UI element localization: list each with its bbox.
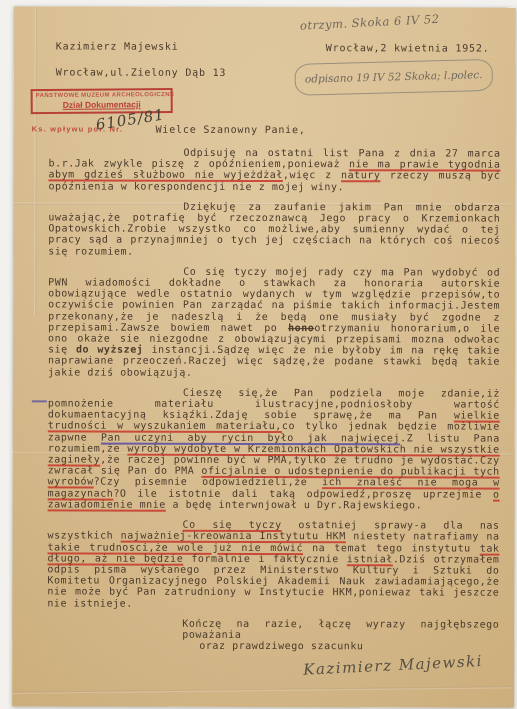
stamp-institution-line: PAŃSTWOWE MUZEUM ARCHEOLOGICZNE (36, 92, 168, 99)
sender-name: Kazimierz Majewski (56, 41, 179, 52)
letter-paper-sheet: otrzym. Skoka 6 IV 52 Kazimierz Majewski… (12, 6, 516, 707)
signature-handwritten: Kazimierz Majewski (303, 656, 483, 676)
fold-crease-bottom (12, 686, 514, 694)
blue-margin-mark (32, 400, 47, 402)
sender-block: Kazimierz Majewski Wrocław,ul.Zielony Dą… (56, 40, 227, 79)
letter-paragraph: Co się tyczy mojej rady czy ma Pan wydob… (48, 266, 500, 379)
received-pencil-note: otrzym. Skoka 6 IV 52 (300, 12, 440, 33)
sender-address: Wrocław,ul.Zielony Dąb 13 (56, 67, 227, 78)
dateline: Wrocław,2 kwietnia 1952. (326, 43, 490, 54)
scanned-letter-page: otrzym. Skoka 6 IV 52 Kazimierz Majewski… (0, 0, 517, 709)
letter-paragraph: Odpisuję na ostatni list Pana z dnia 27 … (48, 147, 500, 193)
replied-note-text: odpisano 19 IV 52 Skoka; l.polec. (305, 69, 483, 85)
letter-paragraph: Co się tyczy ostatniej sprawy-a dla nas … (47, 520, 499, 611)
salutation: Wielce Szanowny Panie, (156, 125, 306, 136)
letter-paragraph: Cieszę się,że Pan podziela moje zdanie,i… (48, 387, 500, 511)
letter-paragraph: Dziękuję za zaufanie jakim Pan mnie obda… (48, 201, 500, 258)
closing-line-1: Kończę na razie, łączę wyrazy najgłębsze… (182, 619, 499, 642)
fold-crease-vertical (34, 6, 37, 316)
letter-body: Odpisuję na ostatni list Pana z dnia 27 … (47, 147, 500, 674)
replied-pencil-note-circled: odpisano 19 IV 52 Skoka; l.polec. (294, 59, 493, 96)
closing-line-2: oraz prawdziwego szacunku (199, 641, 499, 653)
